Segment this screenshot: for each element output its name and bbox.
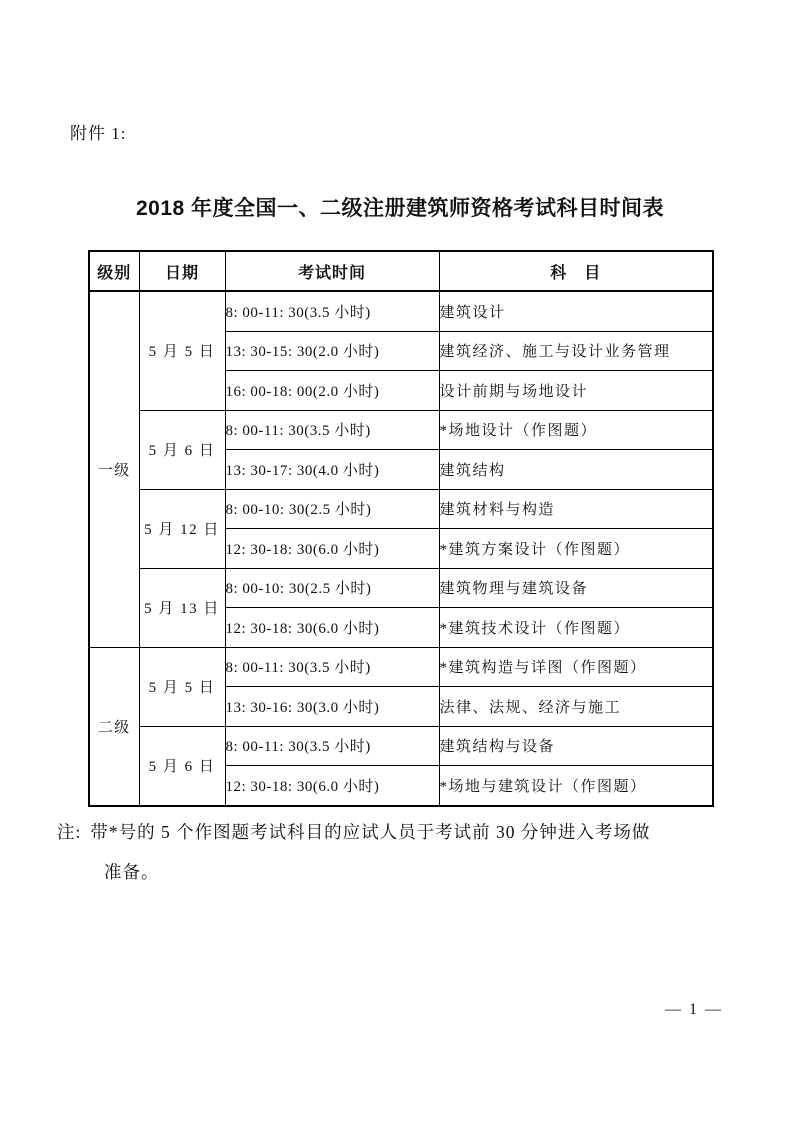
exam-time-cell: 12: 30-18: 30(6.0 小时) bbox=[225, 766, 439, 806]
footnote: 注:带*号的 5 个作图题考试科目的应试人员于考试前 30 分钟进入考场做 准备… bbox=[57, 812, 747, 892]
date-cell: 5 月 5 日 bbox=[139, 291, 225, 410]
exam-time-cell: 8: 00-11: 30(3.5 小时) bbox=[225, 726, 439, 766]
date-cell: 5 月 5 日 bbox=[139, 647, 225, 726]
column-header-time: 考试时间 bbox=[225, 251, 439, 291]
exam-time-cell: 12: 30-18: 30(6.0 小时) bbox=[225, 529, 439, 569]
document-page: 附件 1: 2018 年度全国一、二级注册建筑师资格考试科目时间表 级别日期考试… bbox=[0, 0, 800, 1131]
date-cell: 5 月 13 日 bbox=[139, 568, 225, 647]
exam-time-cell: 16: 00-18: 00(2.0 小时) bbox=[225, 371, 439, 411]
footnote-prefix: 注: bbox=[57, 822, 81, 842]
exam-time-cell: 8: 00-11: 30(3.5 小时) bbox=[225, 291, 439, 331]
attachment-label: 附件 1: bbox=[70, 119, 126, 144]
table-row: 一级5 月 5 日8: 00-11: 30(3.5 小时)建筑设计 bbox=[89, 291, 713, 331]
footnote-text: 带*号的 5 个作图题考试科目的应试人员于考试前 30 分钟进入考场做 bbox=[90, 822, 650, 842]
exam-time-cell: 8: 00-10: 30(2.5 小时) bbox=[225, 568, 439, 608]
subject-cell: 法律、法规、经济与施工 bbox=[439, 687, 713, 727]
column-header-date: 日期 bbox=[139, 251, 225, 291]
page-number: — 1 — bbox=[665, 1001, 723, 1019]
exam-time-cell: 8: 00-11: 30(3.5 小时) bbox=[225, 647, 439, 687]
exam-time-cell: 8: 00-10: 30(2.5 小时) bbox=[225, 489, 439, 529]
footnote-line-1: 注:带*号的 5 个作图题考试科目的应试人员于考试前 30 分钟进入考场做 bbox=[57, 812, 747, 852]
subject-cell: 建筑设计 bbox=[439, 291, 713, 331]
exam-schedule-table: 级别日期考试时间科 目 一级5 月 5 日8: 00-11: 30(3.5 小时… bbox=[88, 250, 714, 807]
exam-time-cell: 12: 30-18: 30(6.0 小时) bbox=[225, 608, 439, 648]
subject-cell: *建筑技术设计（作图题） bbox=[439, 608, 713, 648]
subject-cell: 建筑结构与设备 bbox=[439, 726, 713, 766]
subject-cell: 建筑物理与建筑设备 bbox=[439, 568, 713, 608]
exam-time-cell: 13: 30-17: 30(4.0 小时) bbox=[225, 450, 439, 490]
subject-cell: *建筑构造与详图（作图题） bbox=[439, 647, 713, 687]
level-cell: 一级 bbox=[89, 291, 139, 647]
subject-cell: 建筑结构 bbox=[439, 450, 713, 490]
subject-cell: 建筑材料与构造 bbox=[439, 489, 713, 529]
table-row: 5 月 13 日8: 00-10: 30(2.5 小时)建筑物理与建筑设备 bbox=[89, 568, 713, 608]
table-row: 5 月 6 日8: 00-11: 30(3.5 小时)建筑结构与设备 bbox=[89, 726, 713, 766]
subject-cell: 建筑经济、施工与设计业务管理 bbox=[439, 331, 713, 371]
subject-cell: *场地与建筑设计（作图题） bbox=[439, 766, 713, 806]
date-cell: 5 月 6 日 bbox=[139, 726, 225, 806]
subject-cell: *建筑方案设计（作图题） bbox=[439, 529, 713, 569]
column-header-subject: 科 目 bbox=[439, 251, 713, 291]
exam-time-cell: 8: 00-11: 30(3.5 小时) bbox=[225, 410, 439, 450]
date-cell: 5 月 6 日 bbox=[139, 410, 225, 489]
table-header-row: 级别日期考试时间科 目 bbox=[89, 251, 713, 291]
level-cell: 二级 bbox=[89, 647, 139, 806]
exam-time-cell: 13: 30-16: 30(3.0 小时) bbox=[225, 687, 439, 727]
date-cell: 5 月 12 日 bbox=[139, 489, 225, 568]
table-row: 二级5 月 5 日8: 00-11: 30(3.5 小时)*建筑构造与详图（作图… bbox=[89, 647, 713, 687]
column-header-level: 级别 bbox=[89, 251, 139, 291]
table-row: 5 月 12 日8: 00-10: 30(2.5 小时)建筑材料与构造 bbox=[89, 489, 713, 529]
footnote-text-continued: 准备。 bbox=[57, 852, 747, 892]
subject-cell: 设计前期与场地设计 bbox=[439, 371, 713, 411]
table-row: 5 月 6 日8: 00-11: 30(3.5 小时)*场地设计（作图题） bbox=[89, 410, 713, 450]
subject-cell: *场地设计（作图题） bbox=[439, 410, 713, 450]
page-title: 2018 年度全国一、二级注册建筑师资格考试科目时间表 bbox=[0, 192, 800, 222]
exam-time-cell: 13: 30-15: 30(2.0 小时) bbox=[225, 331, 439, 371]
